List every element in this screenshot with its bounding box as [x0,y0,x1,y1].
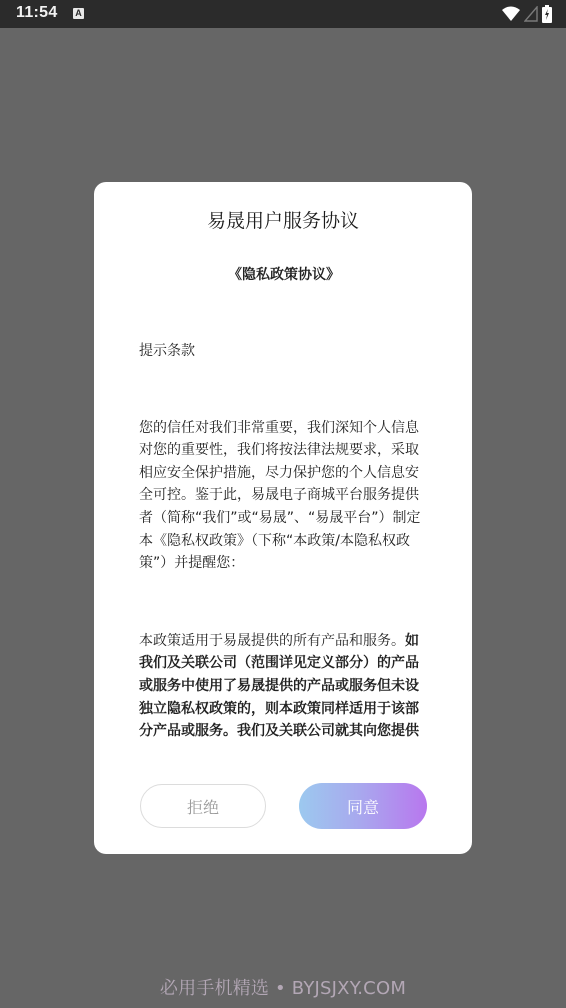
cellular-signal-icon [524,6,538,26]
status-bar: 11:54 A [0,0,566,28]
policy-paragraph-2: 本政策适用于易晟提供的所有产品和服务。如我们及关联公司（范围详见定义部分）的产品… [139,630,429,743]
policy-heading: 《隐私政策协议》 [139,260,429,290]
status-icons [502,5,552,27]
policy-scroll-content[interactable]: 《隐私政策协议》 提示条款 您的信任对我们非常重要，我们深知个人信息对您的重要性… [139,260,429,754]
policy-paragraph-1: 您的信任对我们非常重要，我们深知个人信息对您的重要性，我们将按法律法规要求，采取… [139,417,429,575]
privacy-dialog: 易晟用户服务协议 《隐私政策协议》 提示条款 您的信任对我们非常重要，我们深知个… [94,182,472,854]
watermark: 必用手机精选 • BYJSJXY.COM [0,974,566,1000]
a-icon: A [73,8,84,19]
paragraph-2-normal-text: 本政策适用于易晟提供的所有产品和服务。 [139,633,405,649]
reject-button[interactable]: 拒绝 [140,784,266,828]
agree-button[interactable]: 同意 [299,783,427,829]
battery-charging-icon [542,5,552,27]
dialog-title: 易晟用户服务协议 [94,206,472,233]
status-time: 11:54 [16,4,58,22]
wifi-icon [502,6,520,26]
section-label: 提示条款 [139,340,429,363]
